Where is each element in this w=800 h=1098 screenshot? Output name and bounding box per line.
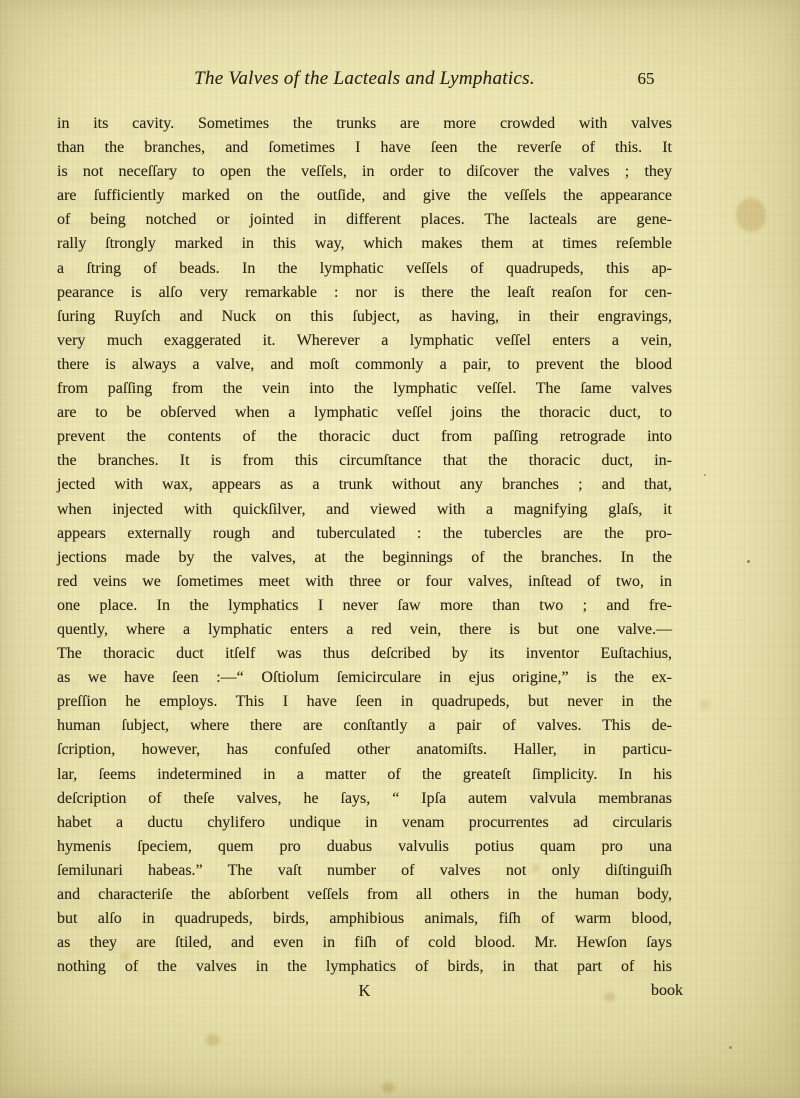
book-page: in its cavity. Sometimes the trunks are … — [0, 0, 800, 1098]
foxing-spot — [736, 198, 766, 232]
text-line: are to be obſerved when a lymphatic veſſ… — [57, 401, 672, 425]
text-line: rally ſtrongly marked in this way, which… — [57, 232, 672, 256]
text-line: from paſſing from the vein into the lymp… — [57, 377, 672, 401]
text-line: a ſtring of beads. In the lymphatic veſſ… — [57, 257, 672, 281]
text-line: human ſubject, where there are conſtantl… — [57, 714, 672, 738]
text-line: as they are ſtiled, and even in fiſh of … — [57, 931, 672, 955]
page-header: The Valves of the Lacteals and Lymphatic… — [57, 68, 672, 96]
text-line: pearance is alſo very remarkable : nor i… — [57, 281, 672, 305]
text-line: red veins we ſometimes meet with three o… — [57, 570, 672, 594]
text-line: when injected with quickſilver, and view… — [57, 498, 672, 522]
text-line: than the branches, and ſometimes I have … — [57, 136, 672, 160]
running-title: The Valves of the Lacteals and Lymphatic… — [57, 68, 672, 90]
body-text-block: in its cavity. Sometimes the trunks are … — [57, 112, 672, 1003]
catchword: book — [651, 979, 683, 1003]
text-line: preſſion he employs. This I have ſeen in… — [57, 690, 672, 714]
text-line: is not neceſſary to open the veſſels, in… — [57, 160, 672, 184]
text-line: The thoracic duct itſelf was thus deſcri… — [57, 642, 672, 666]
text-line: nothing of the valves in the lymphatics … — [57, 955, 672, 979]
text-line: jected with wax, appears as a trunk with… — [57, 473, 672, 497]
text-line: ſuring Ruyſch and Nuck on this ſubject, … — [57, 305, 672, 329]
text-line: deſcription of theſe valves, he ſays, “ … — [57, 787, 672, 811]
text-line: are ſufficiently marked on the outſide, … — [57, 184, 672, 208]
text-line: quently, where a lymphatic enters a red … — [57, 618, 672, 642]
text-line: very much exaggerated it. Wherever a lym… — [57, 329, 672, 353]
text-line: the branches. It is from this circumſtan… — [57, 449, 672, 473]
foxing-spot — [382, 1082, 394, 1093]
footer-line: K book — [57, 979, 672, 1003]
text-line: one place. In the lymphatics I never ſaw… — [57, 594, 672, 618]
text-line: ſcription, however, has confuſed other a… — [57, 738, 672, 762]
page-number: 65 — [620, 69, 672, 89]
text-line: jections made by the valves, at the begi… — [57, 546, 672, 570]
foxing-spot — [206, 1034, 220, 1046]
text-line: lar, ſeems indetermined in a matter of t… — [57, 763, 672, 787]
text-line: hymenis ſpeciem, quem pro duabus valvuli… — [57, 835, 672, 859]
text-line: in its cavity. Sometimes the trunks are … — [57, 112, 672, 136]
foxing-spot — [700, 700, 710, 710]
ink-speck — [747, 560, 750, 563]
text-line: but alſo in quadrupeds, birds, amphibiou… — [57, 907, 672, 931]
text-line: as we have ſeen :—“ Oſtiolum ſemicircula… — [57, 666, 672, 690]
text-line: there is always a valve, and moſt common… — [57, 353, 672, 377]
signature-mark: K — [359, 979, 371, 1003]
text-line: and characteriſe the abſorbent veſſels f… — [57, 883, 672, 907]
ink-speck — [729, 1046, 732, 1049]
paragraph-lines: in its cavity. Sometimes the trunks are … — [57, 112, 672, 979]
text-line: ſemilunari habeas.” The vaſt number of v… — [57, 859, 672, 883]
ink-speck — [704, 474, 706, 476]
text-line: prevent the contents of the thoracic duc… — [57, 425, 672, 449]
text-line: appears externally rough and tuberculate… — [57, 522, 672, 546]
text-line: habet a ductu chylifero undique in venam… — [57, 811, 672, 835]
text-line: of being notched or jointed in different… — [57, 208, 672, 232]
